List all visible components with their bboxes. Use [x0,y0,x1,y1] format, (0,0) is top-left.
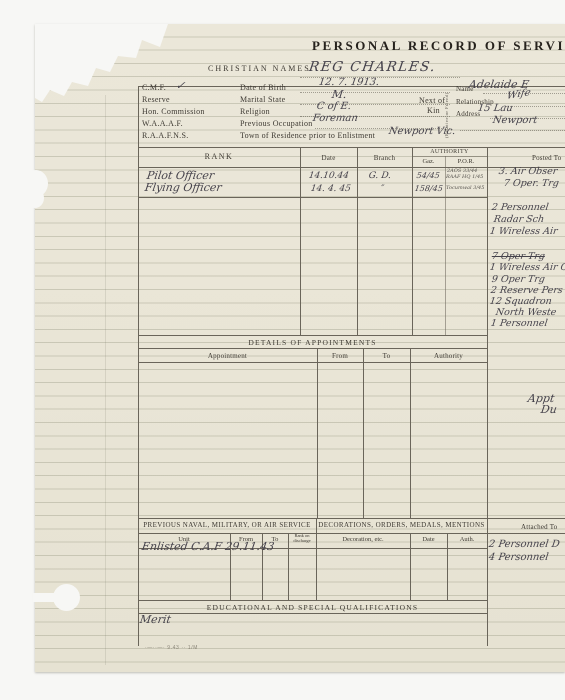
dec-col-date: Date [410,536,447,543]
nok-address-line1: 15 Lau [477,103,513,114]
posted-note-1: 3. Air Obser [498,166,558,177]
enlisted-entry: Enlisted C.A.F 29.11.43 [141,540,275,553]
col-header-rank: RANK [138,152,300,161]
form-line [410,348,411,518]
cmf-tick-mark: ✓ [175,79,186,92]
col-header-gaz: Gaz. [412,158,445,165]
col-header-branch: Branch [357,154,412,162]
posted-note-4: Radar Sch [493,214,545,225]
christian-names-label: CHRISTIAN NAMES [208,64,311,73]
attached-note-2: 4 Personnel [488,552,549,563]
appt-col-authority: Authority [410,352,487,360]
form-line [138,197,487,198]
form-line [138,86,139,646]
appointments-title: DETAILS OF APPOINTMENTS [138,338,487,347]
next-of-kin-label-2: Kin [427,106,440,115]
form-line [410,533,411,600]
education-entry: Merit [139,613,172,626]
rank-row-2-gaz: 158/45 [414,184,443,193]
col-header-authority: AUTHORITY [412,149,487,155]
form-line [138,533,565,534]
prev-col-rank-on-discharge: Rank on discharge [288,534,316,544]
field-label-town-of-residence: Town of Residence prior to Enlistment [240,131,375,140]
decorations-title: DECORATIONS, ORDERS, MEDALS, MENTIONS [316,521,487,529]
form-line [445,156,446,335]
form-line [138,335,487,336]
punch-hole [53,584,80,611]
printers-imprint: ·—··—· 9.43 ·· 1/M [145,645,198,651]
form-line [487,147,488,646]
col-header-por: P.O.R. [445,158,487,165]
next-of-kin-bracket-note: (Relative or Friend) [444,86,449,138]
form-line [447,533,448,600]
posted-note-10: 12 Squadron [489,296,552,307]
dotted-leader [506,105,565,107]
dec-col-decoration: Decoration, etc. [316,536,410,543]
form-line [138,613,487,614]
service-label-hon-commission: Hon. Commission [142,107,205,116]
appt-col-appointment: Appointment [138,352,317,360]
appt-col-from: From [317,352,363,360]
form-line [412,147,413,335]
rank-row-1-gaz: 54/45 [416,171,440,180]
rank-row-2-date: 14. 4. 45 [310,184,351,194]
rank-row-2-rank: Flying Officer [144,181,223,194]
posted-note-2: 7 Oper. Trg [503,178,560,189]
previous-occupation-value: Foreman [312,113,359,124]
form-line [300,147,301,335]
nok-address-line2: Newport [492,115,538,126]
field-label-date-of-birth: Date of Birth [240,83,286,92]
posted-note-6: 7 Oper Trg [491,251,546,262]
service-label-reserve: Reserve [142,95,170,104]
posted-note-12: 1 Personnel [490,318,548,329]
service-label-raafns: R.A.A.F.N.S. [142,131,189,140]
form-line [316,518,317,600]
marital-state-value: M. [331,88,348,101]
date-of-birth-value: 12. 7. 1913. [318,77,380,88]
previous-service-title: PREVIOUS NAVAL, MILITARY, OR AIR SERVICE [138,521,316,529]
education-title: EDUCATIONAL AND SPECIAL QUALIFICATIONS [138,603,487,612]
field-label-religion: Religion [240,107,270,116]
religion-value: C of E. [316,101,352,112]
christian-names-value: REG CHARLES. [308,59,437,75]
form-line [357,147,358,335]
form-line [138,600,487,601]
posted-note-11: North Weste [495,307,557,318]
page-title: PERSONAL RECORD OF SERVICE — OFFICERS [312,38,565,54]
form-line [317,348,318,518]
form-line [363,348,364,518]
form-line [138,147,565,148]
rank-row-1-por-2: RAAF HQ 1/45 [446,174,483,180]
next-of-kin-label: Next of [419,96,445,105]
dotted-leader [460,129,565,131]
rank-row-1-branch: G. D. [368,171,392,181]
posted-note-9: 2 Reserve Pers [490,285,563,296]
col-header-date: Date [300,154,357,162]
appt-col-to: To [363,352,410,360]
margin-rule [105,95,106,665]
posted-note-8: 9 Oper Trg [491,274,546,285]
rank-row-1-date: 14.10.44 [308,171,349,181]
scanned-document: PERSONAL RECORD OF SERVICE — OFFICERS CH… [0,0,565,700]
form-line [138,348,487,349]
rank-row-2-por: Tocumwal 3/45 [446,185,484,191]
field-label-previous-occupation: Previous Occupation [240,119,313,128]
attached-note-1: 2 Personnel D [488,539,560,550]
side-note-du: Du [540,403,558,416]
form-line [138,362,487,363]
dec-col-auth: Auth. [447,536,487,543]
posted-note-3: 2 Personnel [491,202,549,213]
form-line [138,518,565,519]
attached-to-header: Attached To [521,523,557,531]
col-header-posted-to: Posted To [532,154,561,162]
service-label-waaaf: W.A.A.A.F. [142,119,183,128]
posted-note-7: 1 Wireless Air G [489,262,565,273]
field-label-marital-state: Marital State [240,95,285,104]
dotted-leader [300,91,450,93]
edge-notch-2 [26,188,44,208]
posted-note-5: 1 Wireless Air [489,226,558,237]
form-line [412,156,487,157]
service-label-cmf: C.M.F. [142,83,166,92]
